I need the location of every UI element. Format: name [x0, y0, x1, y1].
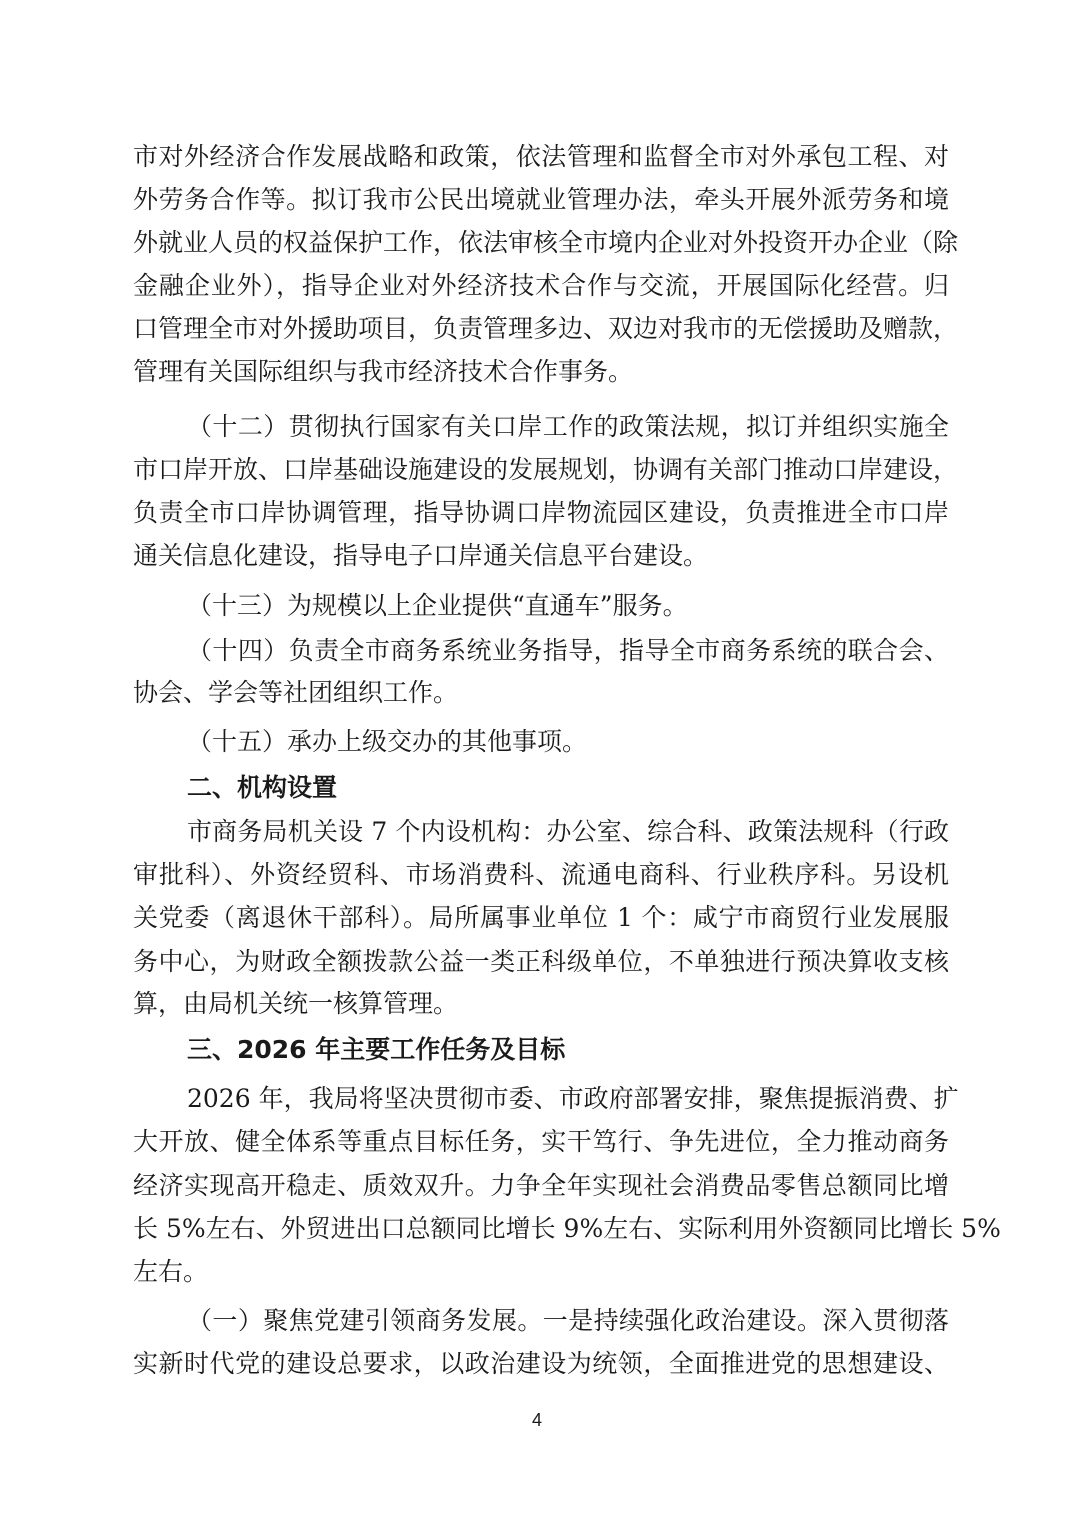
- text-line: 左右。: [133, 1255, 949, 1289]
- section-heading-3: 三、2026 年主要工作任务及目标: [187, 1033, 949, 1067]
- text-line: 外劳务合作等。拟订我市公民出境就业管理办法，牵头开展外派劳务和境: [133, 183, 949, 217]
- text-line: 通关信息化建设，指导电子口岸通关信息平台建设。: [133, 539, 949, 573]
- page-number: 4: [0, 1410, 1074, 1431]
- text-line: 口管理全市对外援助项目，负责管理多边、双边对我市的无偿援助及赠款，: [133, 312, 949, 346]
- text-line: 金融企业外），指导企业对外经济技术合作与交流，开展国际化经营。归: [133, 269, 949, 303]
- text-line: 务中心，为财政全额拨款公益一类正科级单位，不单独进行预决算收支核: [133, 945, 949, 979]
- text-line: 市对外经济合作发展战略和政策，依法管理和监督全市对外承包工程、对: [133, 140, 949, 174]
- item-15-line: （十五）承办上级交办的其他事项。: [187, 725, 949, 759]
- document-page: 市对外经济合作发展战略和政策，依法管理和监督全市对外承包工程、对 外劳务合作等。…: [0, 0, 1074, 1520]
- text-line: 实新时代党的建设总要求，以政治建设为统领，全面推进党的思想建设、: [133, 1347, 949, 1381]
- text-line: 管理有关国际组织与我市经济技术合作事务。: [133, 355, 949, 389]
- item-13-line: （十三）为规模以上企业提供“直通车”服务。: [187, 589, 949, 623]
- text-line: 长 5%左右、外贸进出口总额同比增长 9%左右、实际利用外资额同比增长 5%: [133, 1212, 949, 1246]
- text-line: 负责全市口岸协调管理，指导协调口岸物流园区建设，负责推进全市口岸: [133, 496, 949, 530]
- text-line: 协会、学会等社团组织工作。: [133, 676, 949, 710]
- item-14-line: （十四）负责全市商务系统业务指导，指导全市商务系统的联合会、: [187, 634, 949, 668]
- text-line: 关党委（离退休干部科）。局所属事业单位 1 个：咸宁市商贸行业发展服: [133, 901, 949, 935]
- text-line: 外就业人员的权益保护工作，依法审核全市境内企业对外投资开办企业（除: [133, 226, 949, 260]
- section-heading-2: 二、机构设置: [187, 771, 949, 805]
- text-line: 审批科）、外资经贸科、市场消费科、流通电商科、行业秩序科。另设机: [133, 858, 949, 892]
- text-line: 大开放、健全体系等重点目标任务，实干笃行、争先进位，全力推动商务: [133, 1125, 949, 1159]
- text-line: 市商务局机关设 7 个内设机构：办公室、综合科、政策法规科（行政: [187, 815, 949, 849]
- text-line: 2026 年，我局将坚决贯彻市委、市政府部署安排，聚焦提振消费、扩: [187, 1082, 949, 1116]
- subsection-1-line: （一）聚焦党建引领商务发展。一是持续强化政治建设。深入贯彻落: [187, 1304, 949, 1338]
- item-12-line: （十二）贯彻执行国家有关口岸工作的政策法规，拟订并组织实施全: [187, 410, 949, 444]
- text-line: 市口岸开放、口岸基础设施建设的发展规划，协调有关部门推动口岸建设，: [133, 453, 949, 487]
- text-line: 经济实现高开稳走、质效双升。力争全年实现社会消费品零售总额同比增: [133, 1169, 949, 1203]
- text-line: 算，由局机关统一核算管理。: [133, 987, 949, 1021]
